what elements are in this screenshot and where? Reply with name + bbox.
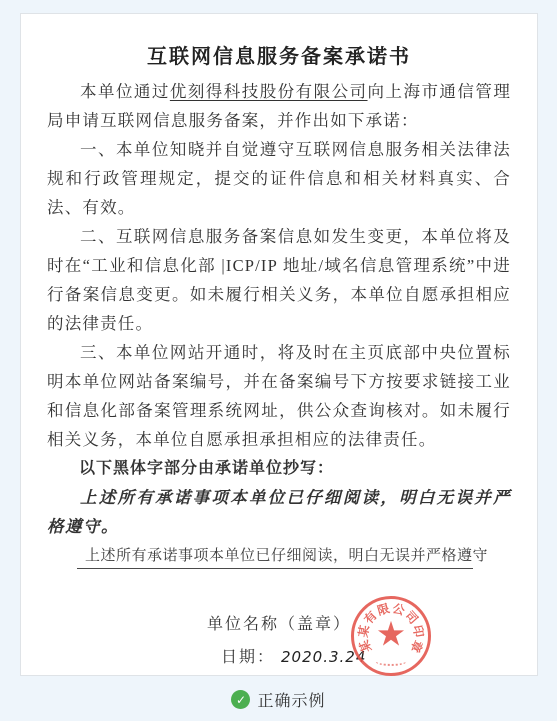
intro-prefix: 本单位通过 bbox=[80, 82, 170, 101]
clause-1: 一、本单位知晓并自觉遵守互联网信息服务相关法律法规和行政管理规定，提交的证件信息… bbox=[47, 135, 511, 222]
seal-star-icon: ★ bbox=[376, 618, 406, 652]
example-caption-row: ✓ 正确示例 bbox=[0, 688, 557, 711]
date-row: 日期：2020.3.24 bbox=[207, 641, 366, 674]
handwritten-pledge-line: 上述所有承诺事项本单位已仔细阅读，明白无误并严格遵守 bbox=[77, 544, 473, 569]
provider-name-underlined: 优刻得科技股份有限公司 bbox=[170, 82, 368, 101]
company-seal-stamp: ★ 某某有限公司印章 bbox=[351, 596, 431, 676]
seal-serial-digits bbox=[375, 656, 407, 666]
example-caption-label: 正确示例 bbox=[257, 688, 325, 711]
intro-paragraph: 本单位通过优刻得科技股份有限公司向上海市通信管理局申请互联网信息服务备案，并作出… bbox=[47, 77, 511, 135]
handwritten-pledge-text: 上述所有承诺事项本单位已仔细阅读，明白无误并严格遵守 bbox=[85, 546, 488, 564]
unit-name-label: 单位名称（盖章） bbox=[207, 608, 366, 641]
commitment-letter-document: 互联网信息服务备案承诺书 本单位通过优刻得科技股份有限公司向上海市通信管理局申请… bbox=[20, 13, 538, 676]
signature-block: 单位名称（盖章） 日期：2020.3.24 bbox=[207, 608, 366, 674]
pledge-printed-text: 上述所有承诺事项本单位已仔细阅读，明白无误并严格遵守。 bbox=[47, 483, 511, 541]
correct-check-icon: ✓ bbox=[231, 690, 250, 709]
date-label: 日期： bbox=[221, 649, 275, 666]
clause-2: 二、互联网信息服务备案信息如发生变更，本单位将及时在“工业和信息化部 |ICP/… bbox=[47, 222, 511, 338]
document-title: 互联网信息服务备案承诺书 bbox=[47, 40, 511, 69]
copy-instruction-note: 以下黑体字部分由承诺单位抄写： bbox=[47, 454, 511, 483]
clause-3: 三、本单位网站开通时，将及时在主页底部中央位置标明本单位网站备案编号，并在备案编… bbox=[47, 338, 511, 454]
